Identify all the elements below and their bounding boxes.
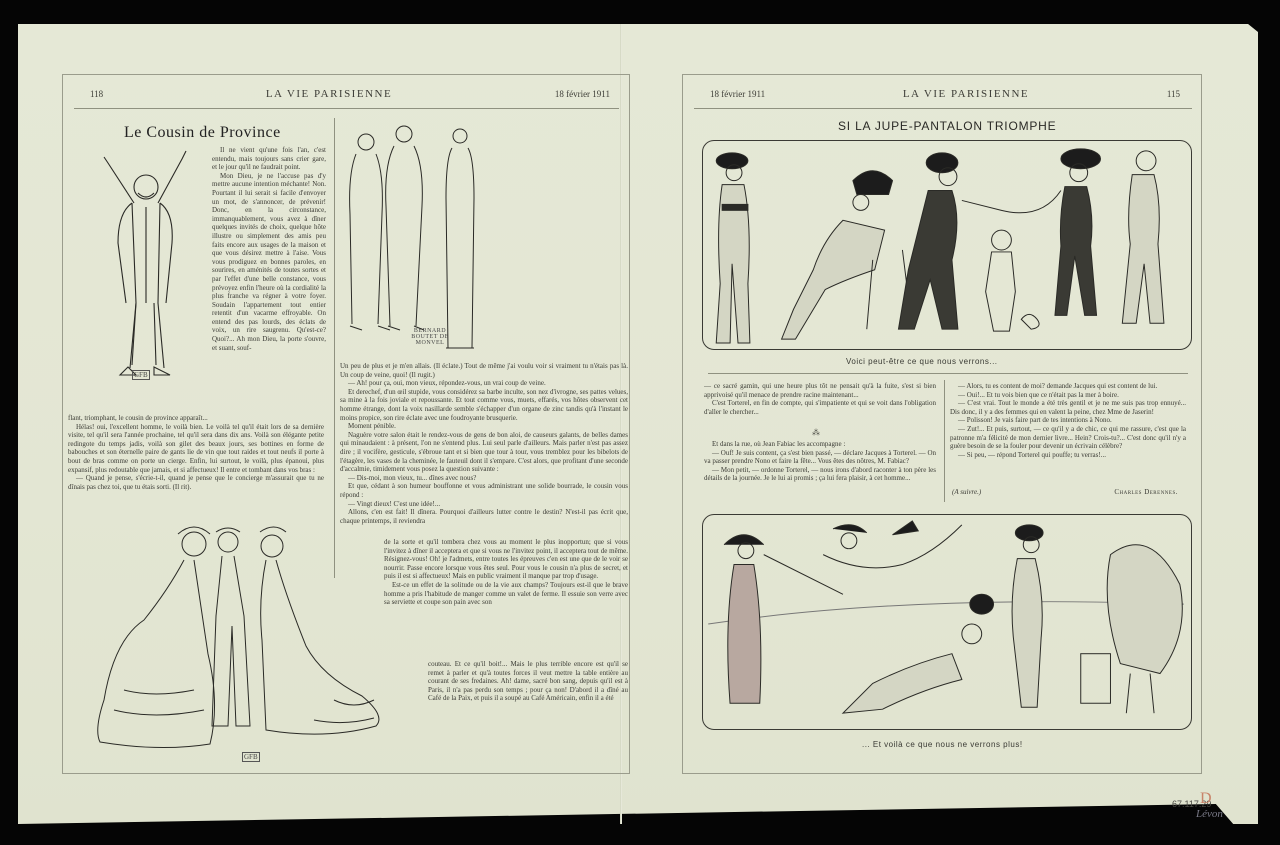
paragraph: Un peu de plus et je m'en allais. (Il éc… <box>340 362 628 379</box>
header-rule <box>694 108 1192 109</box>
column-divider <box>944 380 945 502</box>
paragraph: Et dans la rue, où Jean Fabiac les accom… <box>704 440 936 449</box>
paragraph: — Mon petit, — ordonne Torterel, — nous … <box>704 466 936 483</box>
feature-title: SI LA JUPE-PANTALON TRIOMPHE <box>838 119 1056 133</box>
journal-title: LA VIE PARISIENNE <box>266 88 392 100</box>
paragraph: — Si peu, — répond Torterel qui pouffe; … <box>950 451 1186 460</box>
illustration-signature: BERNARD BOUTET DE MONVEL <box>410 328 450 346</box>
paragraph: Il ne vient qu'une fois l'an, c'est ente… <box>212 146 326 172</box>
paragraph: — Dis-moi, mon vieux, tu... dînes avec n… <box>340 474 628 483</box>
journal-title: LA VIE PARISIENNE <box>903 88 1029 100</box>
story-column-left: — ce sacré gamin, qui une heure plus tôt… <box>704 382 936 424</box>
story-column-left-continued: Et dans la rue, où Jean Fabiac les accom… <box>704 440 936 502</box>
article-column-top: Il ne vient qu'une fois l'an, c'est ente… <box>212 146 326 360</box>
woman-skirt-blown <box>1107 545 1182 713</box>
paragraph: — Ah! pour ça, oui, mon vieux, répondez-… <box>340 379 628 388</box>
woman-with-umbrella <box>724 535 843 703</box>
child-with-dog <box>986 230 1039 331</box>
paragraph: — Oui!... Et tu vois bien que ce n'était… <box>950 391 1186 400</box>
paragraph: Naguère votre salon était le rendez-vous… <box>340 431 628 474</box>
paragraph: — Ouf! Je suis content, ça s'est bien pa… <box>704 449 936 466</box>
paragraph: — Alors, tu es content de moi? demande J… <box>950 382 1186 391</box>
paragraph: — Quand je pense, s'écrie-t-il, quand je… <box>68 474 324 491</box>
salon-guests-illustration <box>342 120 482 355</box>
issue-date: 18 février 1911 <box>710 89 765 99</box>
paragraph: Et que, cédant à son humeur bouffonne et… <box>340 482 628 499</box>
author-name: Charles Derennes. <box>1114 488 1178 496</box>
article-column-bottom: couteau. Et ce qu'il boit!... Mais le pl… <box>428 660 628 770</box>
woman-with-hatbox <box>970 525 1111 707</box>
article-column-right: Un peu de plus et je m'en allais. (Il éc… <box>340 362 628 530</box>
paragraph: C'est Torterel, en fin de compte, qui s'… <box>704 399 936 416</box>
right-running-head: 18 février 1911 LA VIE PARISIENNE 115 <box>710 88 1180 100</box>
paragraph: — C'est vrai. Tout le monde a été très g… <box>950 399 1186 416</box>
paragraph: Moment pénible. <box>340 422 628 431</box>
cousin-illustration <box>88 145 208 385</box>
woman-seated <box>782 171 913 339</box>
article-column-indented: de la sorte et qu'il tombera chez vous a… <box>384 538 628 650</box>
top-cartoon-panel <box>702 140 1192 350</box>
paragraph: Mon Dieu, je ne l'accuse pas d'y mettre … <box>212 172 326 352</box>
left-running-head: 118 LA VIE PARISIENNE 18 février 1911 <box>90 88 610 100</box>
caption-rule <box>708 373 1188 374</box>
paragraph: Et derechef, d'un œil stupide, vous cons… <box>340 388 628 422</box>
illustrator-monogram-bottom: GFB <box>242 752 260 762</box>
bottom-cartoon-panel <box>702 514 1192 730</box>
woman-falling <box>823 521 962 568</box>
to-be-continued: (A suivre.) <box>952 488 981 496</box>
column-divider <box>334 118 335 578</box>
article-column-middle: flant, triomphant, le cousin de province… <box>68 414 324 518</box>
paragraph: Hélas! oui, l'excellent homme, le voilà … <box>68 423 324 475</box>
story-credit: (A suivre.) Charles Derennes. <box>952 488 1178 496</box>
paragraph: — Vingt dieux! C'est une idée!... <box>340 500 628 509</box>
illustrator-monogram: GFB <box>132 370 150 380</box>
paragraph: couteau. Et ce qu'il boit!... Mais le pl… <box>428 660 628 703</box>
woman-standing-2 <box>1122 151 1164 323</box>
bottom-panel-caption: ... Et voilà ce que nous ne verrons plus… <box>862 740 1023 749</box>
woman-walking <box>898 153 1060 329</box>
woman-sitting-on-ground <box>843 624 982 713</box>
paragraph: flant, triomphant, le cousin de province… <box>68 414 324 423</box>
handwritten-annotation: Lévon <box>1196 808 1223 820</box>
page-number: 118 <box>90 89 103 99</box>
story-column-right: — Alors, tu es content de moi? demande J… <box>950 382 1186 482</box>
paragraph: de la sorte et qu'il tombera chez vous a… <box>384 538 628 581</box>
article-title: Le Cousin de Province <box>124 124 281 142</box>
section-break-asterism: ⁂ <box>812 428 820 437</box>
paragraph: — Zut!... Et puis, surtout, — ce qu'il y… <box>950 425 1186 451</box>
archive-stamp-letter: D <box>1200 790 1212 808</box>
woman-with-hat <box>1055 149 1101 315</box>
paragraph: Est-ce un effet de la solitude ou de la … <box>384 581 628 607</box>
bustle-dresses-illustration <box>94 520 414 750</box>
page-number: 115 <box>1167 89 1180 99</box>
woman-standing-1 <box>716 153 750 343</box>
paragraph: — ce sacré gamin, qui une heure plus tôt… <box>704 382 936 399</box>
paragraph: — Polisson! Je vais faire part de tes in… <box>950 416 1186 425</box>
top-panel-caption: Voici peut-être ce que nous verrons... <box>846 357 998 366</box>
issue-date: 18 février 1911 <box>555 89 610 99</box>
header-rule <box>74 108 619 109</box>
